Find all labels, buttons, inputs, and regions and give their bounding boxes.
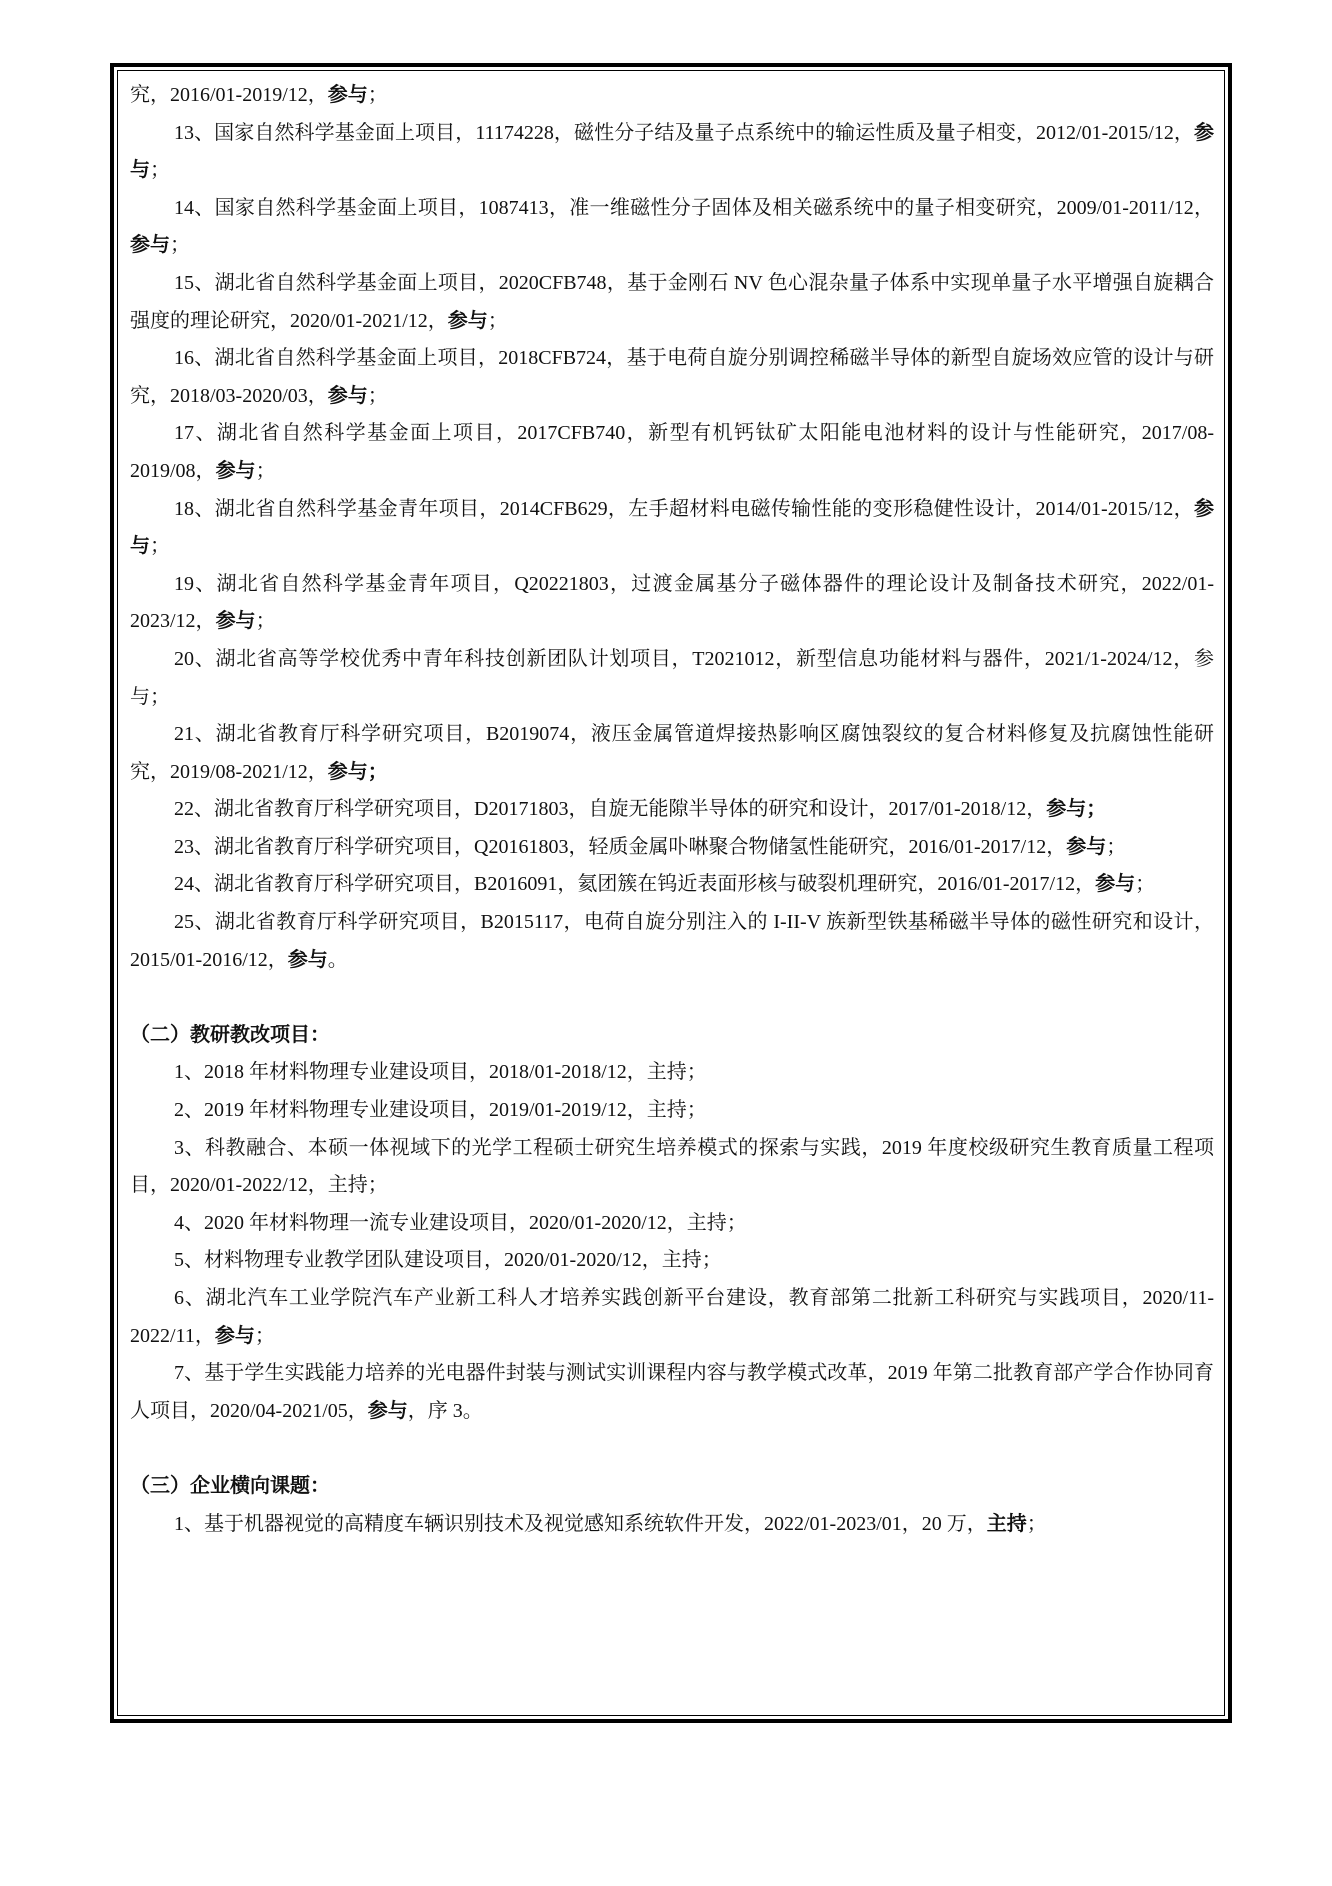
item-role: 参与 (368, 1400, 408, 1422)
section-heading-teaching-reform: （二）教研教改项目： (130, 1017, 1214, 1055)
item-number: 21 (174, 723, 194, 745)
item-number: 5 (174, 1249, 184, 1271)
item-text: 、湖北省教育厅科学研究项目，D20171803，自旋无能隙半导体的研究和设计，2… (194, 798, 1046, 820)
item-number: 1 (174, 1513, 184, 1535)
item-role: 参与 (1066, 836, 1106, 858)
project-item: 15、湖北省自然科学基金面上项目，2020CFB748，基于金刚石 NV 色心混… (130, 265, 1214, 340)
item-end: ； (1027, 1513, 1047, 1535)
item-text: 、基于机器视觉的高精度车辆识别技术及视觉感知系统软件开发，2022/01-202… (184, 1513, 987, 1535)
item-number: 15 (174, 272, 194, 294)
item-end: ； (150, 535, 170, 557)
item-role: 参与 (216, 460, 256, 482)
item-text: 、2018 年材料物理专业建设项目，2018/01-2018/12， (184, 1061, 647, 1083)
item-end: ； (150, 159, 170, 181)
item-number: 17 (174, 422, 194, 444)
item-role: 主持 (647, 1099, 687, 1121)
item-role: 参与 (215, 1325, 255, 1347)
item-text: 、国家自然科学基金面上项目，11174228，磁性分子结及量子点系统中的输运性质… (194, 122, 1194, 144)
item-text: 、材料物理专业教学团队建设项目，2020/01-2020/12， (184, 1249, 662, 1271)
item-role: 参与 (328, 761, 368, 783)
item-text: 、2020 年材料物理一流专业建设项目，2020/01-2020/12， (184, 1212, 687, 1234)
project-item: 13、国家自然科学基金面上项目，11174228，磁性分子结及量子点系统中的输运… (130, 115, 1214, 190)
item-number: 7 (174, 1362, 184, 1384)
item-end: ； (256, 460, 276, 482)
item-number: 6 (174, 1287, 184, 1309)
item-role: 参与 (1095, 873, 1135, 895)
enterprise-item: 1、基于机器视觉的高精度车辆识别技术及视觉感知系统软件开发，2022/01-20… (130, 1506, 1214, 1544)
item-text: 、湖北省自然科学基金面上项目，2020CFB748，基于金刚石 NV 色心混杂量… (130, 272, 1214, 332)
item-number: 18 (174, 498, 194, 520)
project-item: 25、湖北省教育厅科学研究项目，B2015117，电荷自旋分别注入的 I-II-… (130, 904, 1214, 979)
item-number: 19 (174, 573, 194, 595)
item-text: 、国家自然科学基金面上项目，1087413，准一维磁性分子固体及相关磁系统中的量… (194, 197, 1214, 219)
item-text: 、湖北省教育厅科学研究项目，B2019074，液压金属管道焊接热影响区腐蚀裂纹的… (130, 723, 1214, 783)
item-text: 、湖北省高等学校优秀中青年科技创新团队计划项目，T2021012，新型信息功能材… (194, 648, 1194, 670)
item-text: 、湖北省自然科学基金面上项目，2017CFB740，新型有机钙钛矿太阳能电池材料… (130, 422, 1214, 482)
item-number: 3 (174, 1137, 184, 1159)
item-number: 13 (174, 122, 194, 144)
item-text: 、湖北省自然科学基金青年项目，2014CFB629，左手超材料电磁传输性能的变形… (194, 498, 1194, 520)
item-text: 、湖北省教育厅科学研究项目，B2016091，氦团簇在钨近表面形核与破裂机理研究… (194, 873, 1095, 895)
item-number: 22 (174, 798, 194, 820)
item-number: 4 (174, 1212, 184, 1234)
enterprise-project-list: 1、基于机器视觉的高精度车辆识别技术及视觉感知系统软件开发，2022/01-20… (130, 1506, 1214, 1544)
document-frame: 究，2016/01-2019/12，参与； 13、国家自然科学基金面上项目，11… (110, 63, 1232, 1723)
item-end: ； (256, 610, 276, 632)
item-end: ； (488, 310, 508, 332)
item-number: 20 (174, 648, 194, 670)
teaching-item: 2、2019 年材料物理专业建设项目，2019/01-2019/12，主持； (130, 1092, 1214, 1130)
project-item: 16、湖北省自然科学基金面上项目，2018CFB724，基于电荷自旋分别调控稀磁… (130, 340, 1214, 415)
item-role: 主持 (647, 1061, 687, 1083)
item-end: ； (687, 1061, 707, 1083)
item-end: ； (727, 1212, 747, 1234)
item-role: 主持 (687, 1212, 727, 1234)
section-heading-enterprise: （三）企业横向课题： (130, 1468, 1214, 1506)
item-number: 23 (174, 836, 194, 858)
spacer (130, 1430, 1214, 1468)
item-role: 主持 (328, 1174, 368, 1196)
item-end: ； (1135, 873, 1155, 895)
item-end: ； (1106, 836, 1126, 858)
item-number: 1 (174, 1061, 184, 1083)
item-end: ； (687, 1099, 707, 1121)
role-label: 参与 (328, 84, 368, 106)
end-punct: ； (368, 84, 388, 106)
project-item: 19、湖北省自然科学基金青年项目，Q20221803，过渡金属基分子磁体器件的理… (130, 566, 1214, 641)
item-end: ； (150, 686, 170, 708)
item-number: 25 (174, 911, 194, 933)
item-number: 2 (174, 1099, 184, 1121)
item-role: 参与 (1046, 798, 1086, 820)
item-role: 参与 (130, 234, 170, 256)
teaching-item: 3、科教融合、本硕一体视域下的光学工程硕士研究生培养模式的探索与实践，2019 … (130, 1130, 1214, 1205)
research-project-list: 13、国家自然科学基金面上项目，11174228，磁性分子结及量子点系统中的输运… (130, 115, 1214, 980)
item-end: ； (1086, 798, 1106, 820)
project-item: 20、湖北省高等学校优秀中青年科技创新团队计划项目，T2021012，新型信息功… (130, 641, 1214, 716)
item-text: 、科教融合、本硕一体视域下的光学工程硕士研究生培养模式的探索与实践，2019 年… (130, 1137, 1214, 1197)
item-text: 、湖北汽车工业学院汽车产业新工科人才培养实践创新平台建设，教育部第二批新工科研究… (130, 1287, 1214, 1347)
item-end: ； (702, 1249, 722, 1271)
item-number: 24 (174, 873, 194, 895)
project-item: 17、湖北省自然科学基金面上项目，2017CFB740，新型有机钙钛矿太阳能电池… (130, 415, 1214, 490)
item-role: 参与 (288, 949, 328, 971)
item-text: 、基于学生实践能力培养的光电器件封装与测试实训课程内容与教学模式改革，2019 … (130, 1362, 1214, 1422)
document-content: 究，2016/01-2019/12，参与； 13、国家自然科学基金面上项目，11… (130, 77, 1214, 1543)
item-end: 。 (328, 949, 348, 971)
item-role: 参与 (448, 310, 488, 332)
project-item: 24、湖北省教育厅科学研究项目，B2016091，氦团簇在钨近表面形核与破裂机理… (130, 866, 1214, 904)
project-item: 22、湖北省教育厅科学研究项目，D20171803，自旋无能隙半导体的研究和设计… (130, 791, 1214, 829)
item-role: 主持 (987, 1513, 1027, 1535)
item-end: ，序 3。 (408, 1400, 483, 1422)
item-text: 、湖北省教育厅科学研究项目，Q20161803，轻质金属卟啉聚合物储氢性能研究，… (194, 836, 1066, 858)
item-text: 、2019 年材料物理专业建设项目，2019/01-2019/12， (184, 1099, 647, 1121)
project-item: 14、国家自然科学基金面上项目，1087413，准一维磁性分子固体及相关磁系统中… (130, 190, 1214, 265)
continuation-text: 究，2016/01-2019/12， (130, 84, 328, 106)
item-end: ； (368, 761, 388, 783)
teaching-project-list: 1、2018 年材料物理专业建设项目，2018/01-2018/12，主持； 2… (130, 1054, 1214, 1430)
item-number: 16 (174, 347, 194, 369)
item-role: 参与 (328, 385, 368, 407)
item-end: ； (170, 234, 190, 256)
teaching-item: 6、湖北汽车工业学院汽车产业新工科人才培养实践创新平台建设，教育部第二批新工科研… (130, 1280, 1214, 1355)
item-role: 主持 (662, 1249, 702, 1271)
teaching-item: 5、材料物理专业教学团队建设项目，2020/01-2020/12，主持； (130, 1242, 1214, 1280)
item-role: 参与 (216, 610, 256, 632)
project-item: 18、湖北省自然科学基金青年项目，2014CFB629，左手超材料电磁传输性能的… (130, 491, 1214, 566)
item-text: 、湖北省自然科学基金面上项目，2018CFB724，基于电荷自旋分别调控稀磁半导… (130, 347, 1214, 407)
item-end: ； (255, 1325, 275, 1347)
teaching-item: 7、基于学生实践能力培养的光电器件封装与测试实训课程内容与教学模式改革，2019… (130, 1355, 1214, 1430)
project-item: 23、湖北省教育厅科学研究项目，Q20161803，轻质金属卟啉聚合物储氢性能研… (130, 829, 1214, 867)
document-inner-border: 究，2016/01-2019/12，参与； 13、国家自然科学基金面上项目，11… (117, 70, 1225, 1716)
spacer (130, 979, 1214, 1017)
item-end: ； (368, 385, 388, 407)
teaching-item: 4、2020 年材料物理一流专业建设项目，2020/01-2020/12，主持； (130, 1205, 1214, 1243)
item-end: ； (368, 1174, 388, 1196)
project-item: 21、湖北省教育厅科学研究项目，B2019074，液压金属管道焊接热影响区腐蚀裂… (130, 716, 1214, 791)
teaching-item: 1、2018 年材料物理专业建设项目，2018/01-2018/12，主持； (130, 1054, 1214, 1092)
item-number: 14 (174, 197, 194, 219)
item-text: 、湖北省自然科学基金青年项目，Q20221803，过渡金属基分子磁体器件的理论设… (130, 573, 1214, 633)
continuation-line: 究，2016/01-2019/12，参与； (130, 77, 1214, 115)
